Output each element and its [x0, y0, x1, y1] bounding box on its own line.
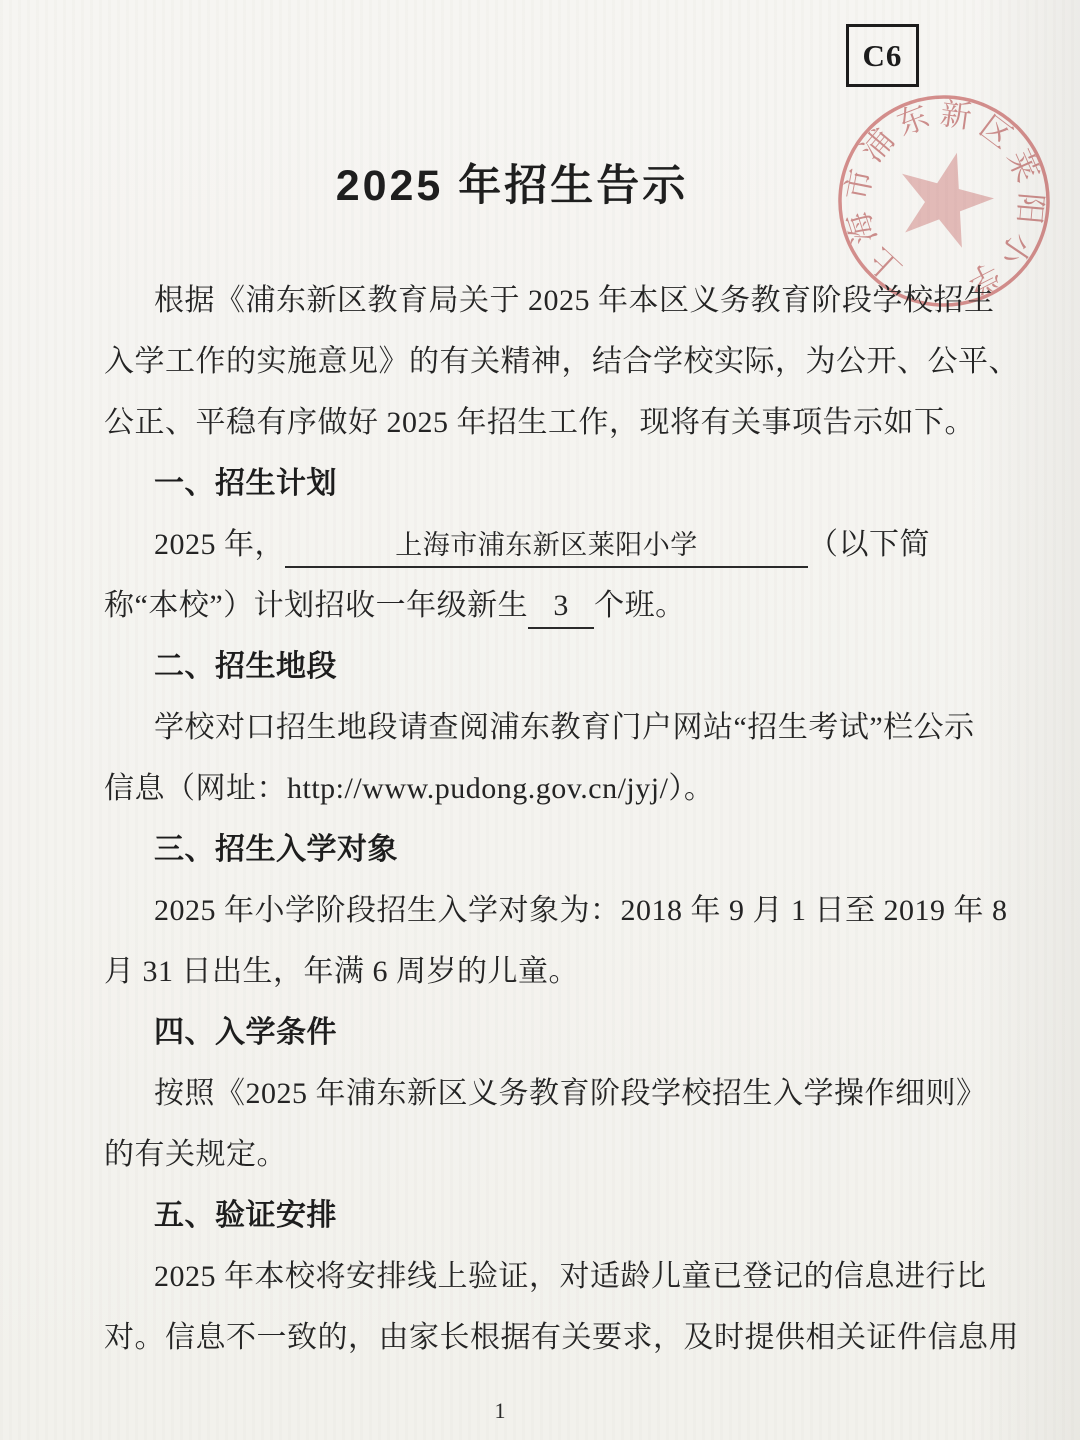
section-1-heading: 一、招生计划: [104, 453, 984, 514]
conditions-line-2: 的有关规定。: [104, 1124, 984, 1185]
stamp-char: 新: [938, 96, 974, 135]
intro-line-1: 根据《浦东新区教育局关于 2025 年本区义务教育阶段学校招生: [104, 270, 984, 331]
plan-line1-prefix: 2025 年，: [154, 528, 285, 561]
district-line-1: 学校对口招生地段请查阅浦东教育门户网站“招生考试”栏公示: [104, 697, 984, 758]
class-count-blank: 3: [528, 583, 594, 629]
plan-line2-prefix: 称“本校”）计划招收一年级新生: [104, 589, 528, 622]
section-4-heading: 四、入学条件: [104, 1002, 984, 1063]
stamp-char: 小: [992, 227, 1039, 273]
school-name-blank: 上海市浦东新区莱阳小学: [285, 522, 808, 568]
page-number: 1: [470, 1398, 530, 1424]
section-5-heading: 五、验证安排: [104, 1185, 984, 1246]
intro-line-2: 入学工作的实施意见》的有关精神，结合学校实际，为公开、公平、: [104, 331, 984, 392]
verification-line-2: 对。信息不一致的，由家长根据有关要求，及时提供相关证件信息用: [104, 1307, 984, 1368]
intro-line-3: 公正、平稳有序做好 2025 年招生工作，现将有关事项告示如下。: [104, 392, 984, 453]
corner-code-label: C6: [863, 38, 903, 74]
school-name-value: 上海市浦东新区莱阳小学: [395, 530, 698, 560]
enrollment-plan-line-1: 2025 年，上海市浦东新区莱阳小学（以下简: [104, 514, 984, 575]
eligibility-line-1: 2025 年小学阶段招生入学对象为：2018 年 9 月 1 日至 2019 年…: [104, 880, 984, 941]
section-3-heading: 三、招生入学对象: [104, 819, 984, 880]
enrollment-plan-line-2: 称“本校”）计划招收一年级新生3个班。: [104, 575, 984, 636]
eligibility-line-2: 月 31 日出生，年满 6 周岁的儿童。: [104, 941, 984, 1002]
stamp-char: 区: [973, 109, 1019, 156]
plan-line2-suffix: 个班。: [594, 589, 686, 622]
scanned-document-page: C6 上 海 市 浦 东 新 区 莱 阳 小 学 2025 年招生告示 根据《浦…: [0, 0, 1080, 1440]
document-body: 根据《浦东新区教育局关于 2025 年本区义务教育阶段学校招生 入学工作的实施意…: [104, 270, 984, 1368]
district-line-2: 信息（网址：http://www.pudong.gov.cn/jyj/）。: [104, 758, 984, 819]
stamp-char: 东: [892, 98, 933, 142]
conditions-line-1: 按照《2025 年浦东新区义务教育阶段学校招生入学操作细则》: [104, 1063, 984, 1124]
section-2-heading: 二、招生地段: [104, 636, 984, 697]
document-title: 2025 年招生告示: [0, 152, 1052, 213]
verification-line-1: 2025 年本校将安排线上验证，对适龄儿童已登记的信息进行比: [104, 1246, 984, 1307]
corner-code-box: C6: [846, 24, 919, 87]
plan-line1-suffix: （以下简: [808, 528, 930, 561]
class-count-value: 3: [553, 589, 569, 622]
